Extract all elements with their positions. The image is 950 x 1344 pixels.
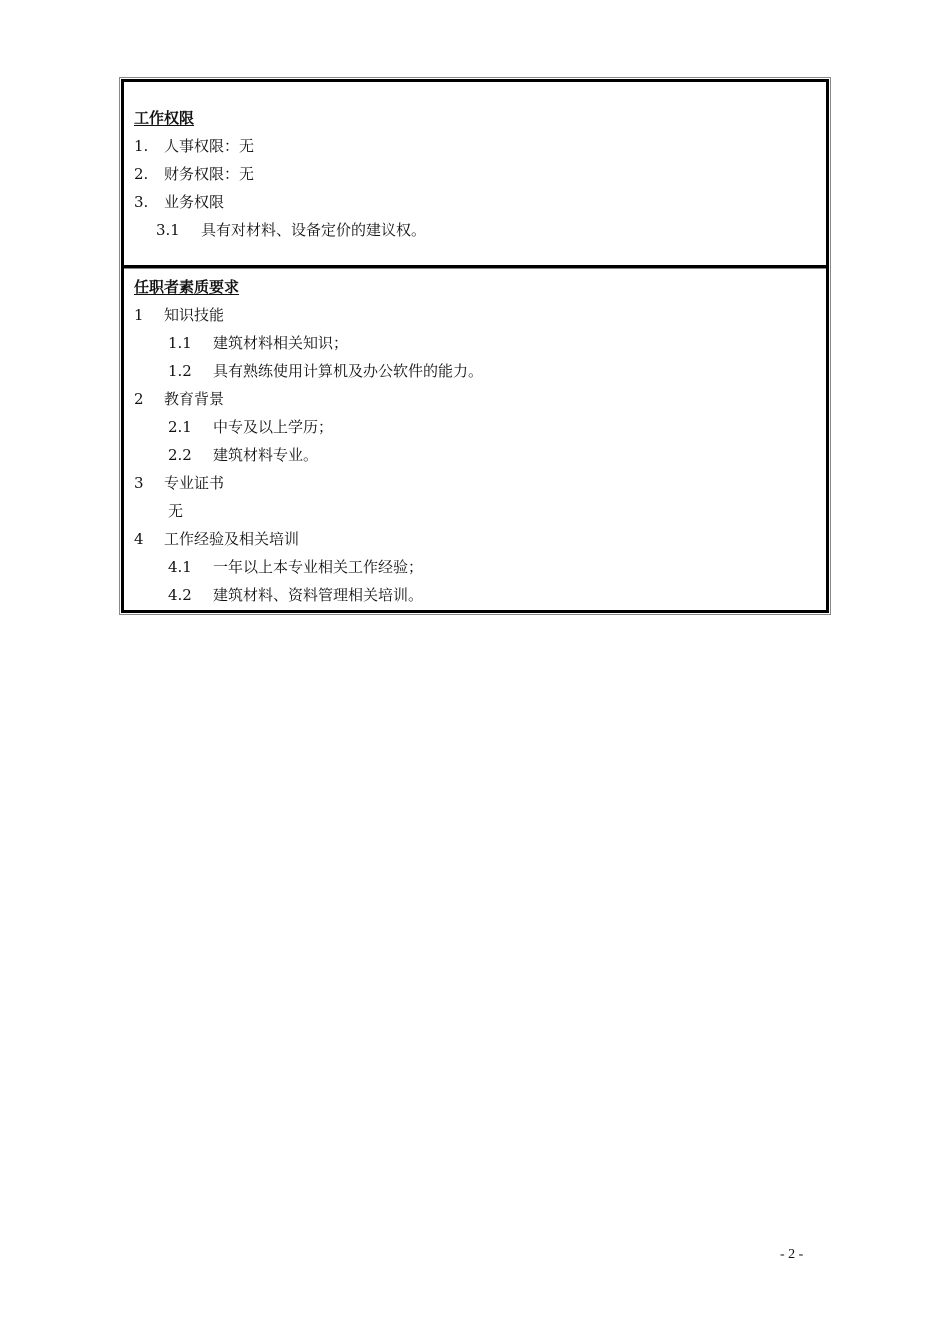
- table-inner-border: 工作权限 1. 人事权限：无 2. 财务权限：无 3. 业务权限 3.1 具有对…: [121, 79, 829, 613]
- qualification-subitem: 4.2 建筑材料、资料管理相关培训。: [134, 581, 816, 609]
- subitem-text: 中专及以上学历；: [213, 413, 333, 441]
- subitem-text: 建筑材料、资料管理相关培训。: [213, 581, 423, 609]
- group-number: 4: [134, 525, 164, 553]
- subitem-number: 3.1: [156, 216, 201, 244]
- subitem-text: 建筑材料相关知识；: [213, 329, 348, 357]
- subitem-number: 2.1: [168, 413, 213, 441]
- authority-item: 3. 业务权限: [134, 188, 816, 216]
- qualification-subitem: 2.1 中专及以上学历；: [134, 413, 816, 441]
- subitem-number: 2.2: [168, 441, 213, 469]
- qualification-subitem: 2.2 建筑材料专业。: [134, 441, 816, 469]
- authority-subitem: 3.1 具有对材料、设备定价的建议权。: [134, 216, 816, 244]
- qualification-subitem: 1.2 具有熟练使用计算机及办公软件的能力。: [134, 357, 816, 385]
- job-description-table: 工作权限 1. 人事权限：无 2. 财务权限：无 3. 业务权限 3.1 具有对…: [119, 77, 831, 615]
- subitem-text: 具有熟练使用计算机及办公软件的能力。: [213, 357, 483, 385]
- group-number: 1: [134, 301, 164, 329]
- authority-item: 1. 人事权限：无: [134, 132, 816, 160]
- group-text: 知识技能: [164, 301, 224, 329]
- subitem-number: 1.1: [168, 329, 213, 357]
- item-number: 1.: [134, 132, 164, 160]
- item-text: 财务权限：无: [164, 160, 254, 188]
- group-text: 工作经验及相关培训: [164, 525, 299, 553]
- subitem-number: 1.2: [168, 357, 213, 385]
- item-number: 2.: [134, 160, 164, 188]
- group-text: 专业证书: [164, 469, 224, 497]
- authority-item: 2. 财务权限：无: [134, 160, 816, 188]
- qualifications-heading: 任职者素质要求: [134, 273, 816, 301]
- subitem-number: 4.2: [168, 581, 213, 609]
- group-number: 2: [134, 385, 164, 413]
- authority-heading: 工作权限: [134, 104, 816, 132]
- item-text: 业务权限: [164, 188, 224, 216]
- group-text: 教育背景: [164, 385, 224, 413]
- item-text: 人事权限：无: [164, 132, 254, 160]
- qualification-subitem: 4.1 一年以上本专业相关工作经验；: [134, 553, 816, 581]
- group-number: 3: [134, 469, 164, 497]
- qualification-group: 3 专业证书: [134, 469, 816, 497]
- subitem-text: 具有对材料、设备定价的建议权。: [201, 216, 426, 244]
- qualification-group: 1 知识技能: [134, 301, 816, 329]
- page-number: - 2 -: [780, 1247, 803, 1263]
- item-number: 3.: [134, 188, 164, 216]
- authority-section: 工作权限 1. 人事权限：无 2. 财务权限：无 3. 业务权限 3.1 具有对…: [124, 82, 826, 265]
- subitem-text: 一年以上本专业相关工作经验；: [213, 553, 423, 581]
- plain-text: 无: [168, 497, 183, 525]
- qualifications-section: 任职者素质要求 1 知识技能 1.1 建筑材料相关知识； 1.2 具有熟练使用计…: [124, 269, 826, 610]
- subitem-text: 建筑材料专业。: [213, 441, 318, 469]
- qualification-subitem: 1.1 建筑材料相关知识；: [134, 329, 816, 357]
- subitem-number: 4.1: [168, 553, 213, 581]
- qualification-group: 4 工作经验及相关培训: [134, 525, 816, 553]
- qualification-plain-value: 无: [134, 497, 816, 525]
- qualification-group: 2 教育背景: [134, 385, 816, 413]
